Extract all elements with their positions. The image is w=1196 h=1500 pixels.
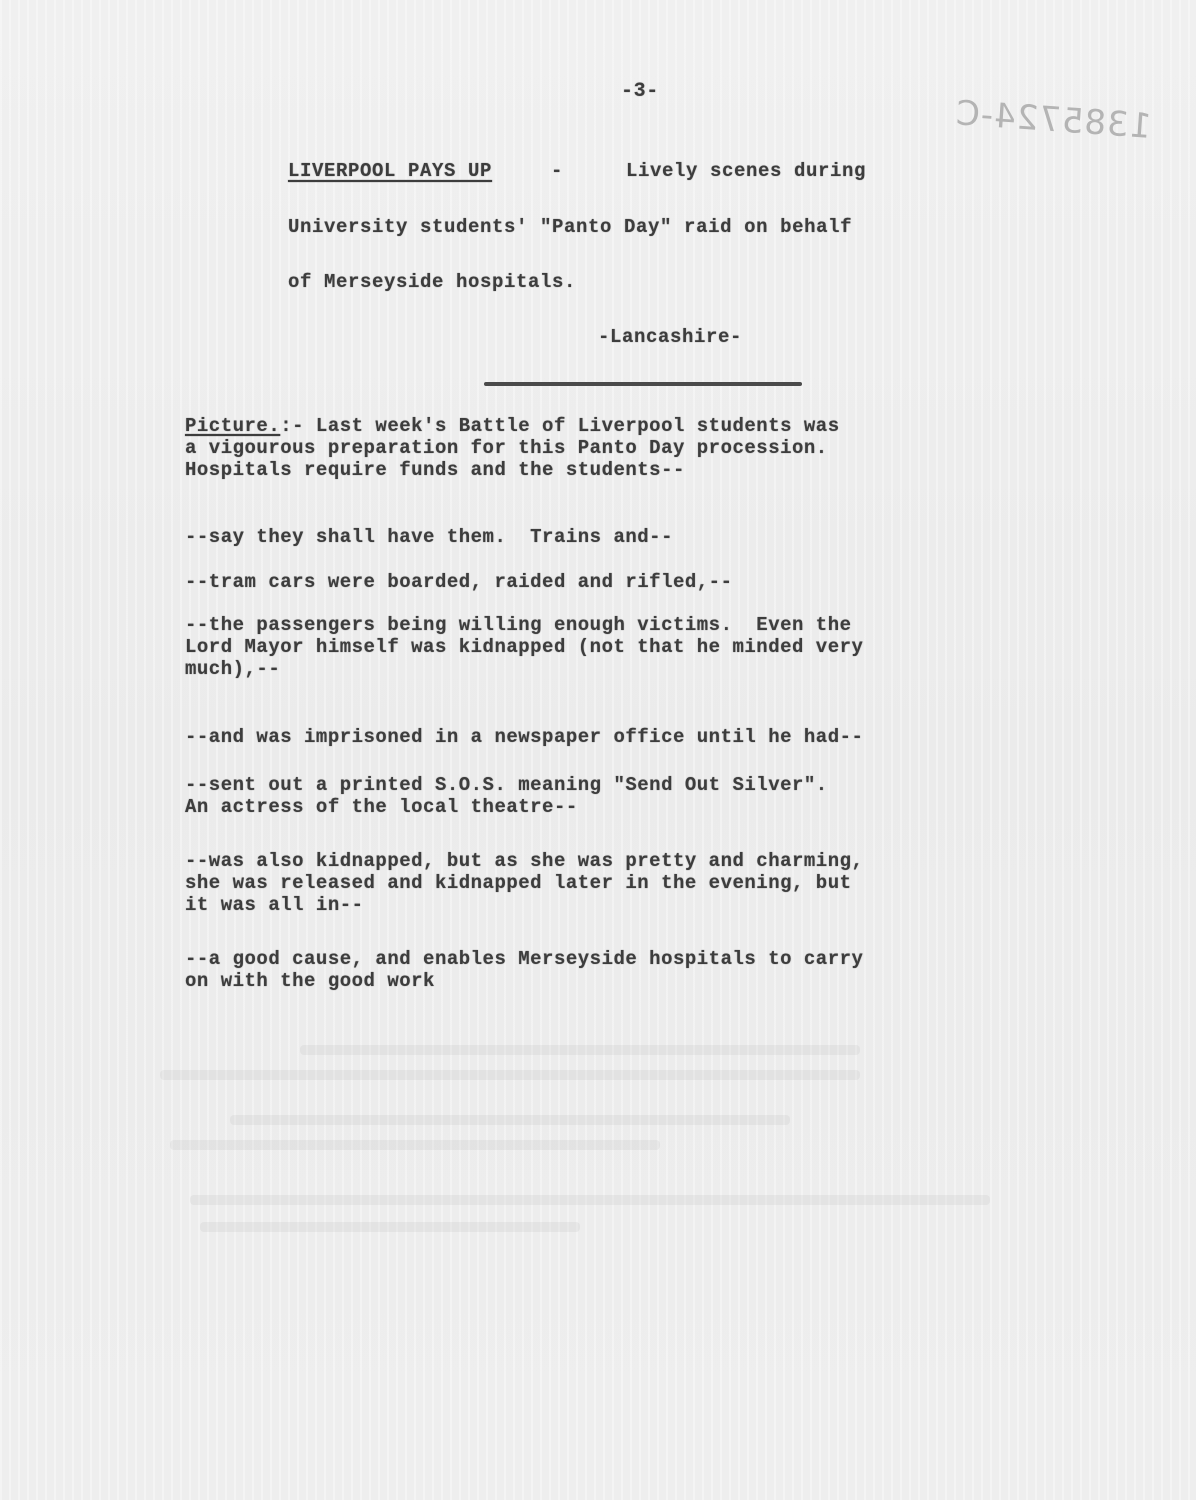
caption-paragraph: Picture.:- Last week's Battle of Liverpo… bbox=[185, 415, 1065, 481]
handwritten-reference-number: 1385724-C bbox=[954, 93, 1153, 147]
caption-paragraph: --and was imprisoned in a newspaper offi… bbox=[185, 726, 1065, 748]
show-through-mark bbox=[300, 1045, 860, 1055]
caption-line: --and was imprisoned in a newspaper offi… bbox=[185, 726, 1065, 748]
caption-line: --say they shall have them. Trains and-- bbox=[185, 526, 1065, 548]
section-divider bbox=[484, 382, 802, 386]
show-through-mark bbox=[160, 1070, 860, 1080]
caption-paragraph: --sent out a printed S.O.S. meaning "Sen… bbox=[185, 774, 1065, 818]
caption-line: --was also kidnapped, but as she was pre… bbox=[185, 850, 1065, 872]
show-through-mark bbox=[200, 1222, 580, 1232]
caption-paragraph: --say they shall have them. Trains and-- bbox=[185, 526, 1065, 548]
headline-dash: - bbox=[551, 160, 563, 182]
caption-line: on with the good work bbox=[185, 970, 1065, 992]
show-through-mark bbox=[230, 1115, 790, 1125]
caption-line: it was all in-- bbox=[185, 894, 1065, 916]
headline-line: of Merseyside hospitals. bbox=[288, 271, 576, 293]
headline-line: University students' "Panto Day" raid on… bbox=[288, 216, 852, 238]
caption-line: she was released and kidnapped later in … bbox=[185, 872, 1065, 894]
page-number: -3- bbox=[621, 80, 659, 103]
caption-line: much),-- bbox=[185, 658, 1065, 680]
caption-line: Picture.:- Last week's Battle of Liverpo… bbox=[185, 415, 1065, 437]
caption-line: An actress of the local theatre-- bbox=[185, 796, 1065, 818]
document-page: -3- 1385724-C LIVERPOOL PAYS UP - Lively… bbox=[0, 0, 1196, 1500]
caption-paragraph: --was also kidnapped, but as she was pre… bbox=[185, 850, 1065, 916]
caption-line: --sent out a printed S.O.S. meaning "Sen… bbox=[185, 774, 1065, 796]
picture-label: Picture. bbox=[185, 415, 280, 437]
caption-line: --tram cars were boarded, raided and rif… bbox=[185, 571, 1065, 593]
show-through-mark bbox=[190, 1195, 990, 1205]
caption-paragraph: --the passengers being willing enough vi… bbox=[185, 614, 1065, 680]
caption-line: Hospitals require funds and the students… bbox=[185, 459, 1065, 481]
region-label: -Lancashire- bbox=[598, 326, 742, 348]
show-through-mark bbox=[170, 1140, 660, 1150]
caption-line: --the passengers being willing enough vi… bbox=[185, 614, 1065, 636]
caption-paragraph: --a good cause, and enables Merseyside h… bbox=[185, 948, 1065, 992]
caption-line: --a good cause, and enables Merseyside h… bbox=[185, 948, 1065, 970]
headline-title: LIVERPOOL PAYS UP bbox=[288, 160, 492, 182]
caption-line: Lord Mayor himself was kidnapped (not th… bbox=[185, 636, 1065, 658]
headline-line: Lively scenes during bbox=[626, 160, 866, 182]
caption-line: a vigourous preparation for this Panto D… bbox=[185, 437, 1065, 459]
caption-paragraph: --tram cars were boarded, raided and rif… bbox=[185, 571, 1065, 593]
